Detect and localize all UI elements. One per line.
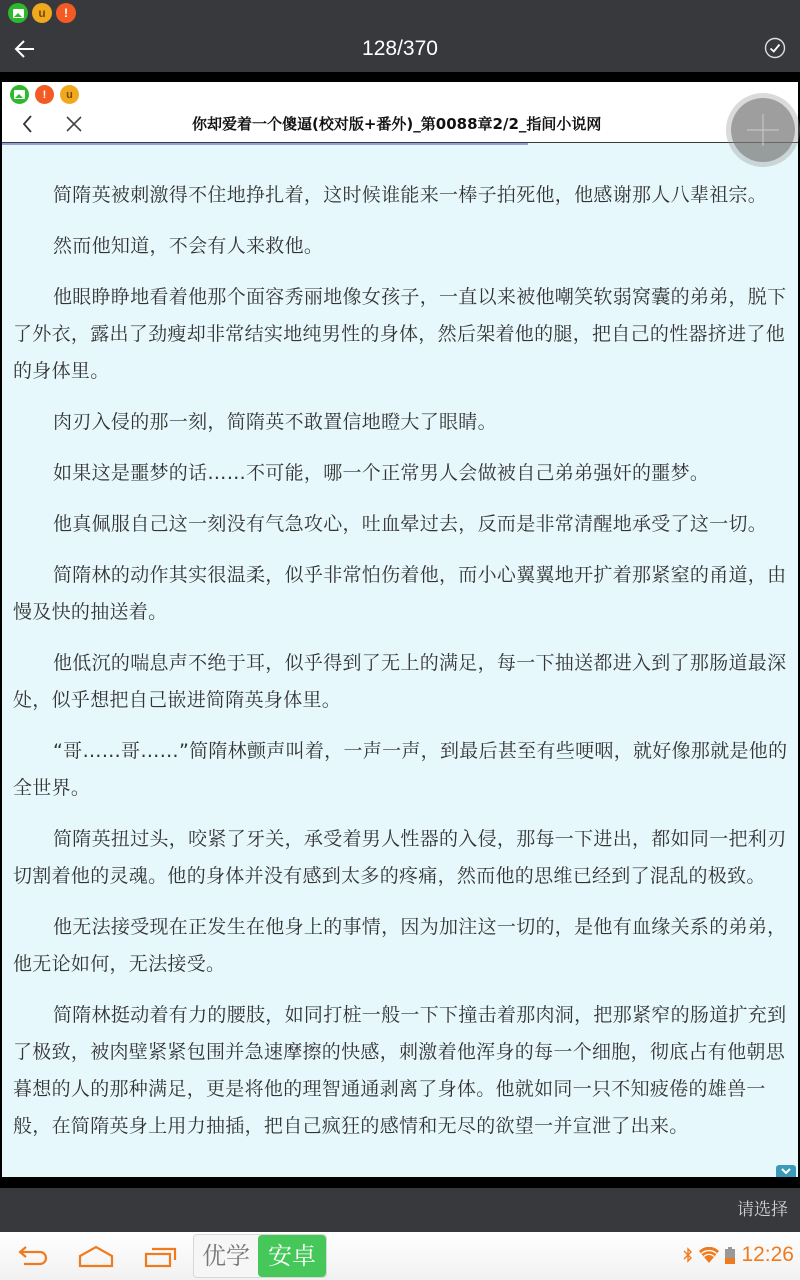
paragraph: 他无法接受现在正发生在他身上的事情，因为加注这一切的，是他有血缘关系的弟弟，他无… xyxy=(13,909,788,983)
brand-left-label: 优学 xyxy=(194,1235,258,1277)
alert-icon: ! xyxy=(35,85,54,104)
bottom-action-bar: 请选择 xyxy=(0,1188,800,1232)
home-icon[interactable] xyxy=(76,1242,116,1272)
uc-browser-icon: u xyxy=(60,85,79,104)
app-bar: u ! 128/370 xyxy=(0,0,800,72)
browser-header: ! u 你却爱着一个傻逼(校对版+番外)_第0088章2/2_指间小说网 xyxy=(2,82,798,143)
back-icon[interactable] xyxy=(12,1242,52,1272)
close-icon[interactable] xyxy=(62,112,86,136)
page-load-progress xyxy=(2,143,528,145)
novel-content: 简隋英被刺激得不住地挣扎着，这时候谁能来一棒子拍死他，他感谢那人八辈祖宗。 然而… xyxy=(2,126,798,1159)
web-page-title: 你却爱着一个傻逼(校对版+番外)_第0088章2/2_指间小说网 xyxy=(192,113,601,135)
notification-icons: u ! xyxy=(8,3,76,23)
paragraph: 然而他知道，不会有人来救他。 xyxy=(13,228,788,265)
plus-fab-button[interactable] xyxy=(731,98,795,162)
paragraph: 肉刃入侵的那一刻，简隋英不敢置信地瞪大了眼睛。 xyxy=(13,404,788,441)
scroll-down-button[interactable] xyxy=(776,1165,796,1177)
system-nav-bar: 优学 安卓 12:26 xyxy=(0,1232,800,1280)
battery-icon xyxy=(725,1247,735,1264)
brand-badge[interactable]: 优学 安卓 xyxy=(193,1234,327,1278)
gallery-icon xyxy=(10,85,29,104)
alert-icon: ! xyxy=(56,3,76,23)
chevron-left-icon[interactable] xyxy=(16,112,40,136)
paragraph: 他真佩服自己这一刻没有气急攻心，吐血晕过去，反而是非常清醒地承受了这一切。 xyxy=(13,506,788,543)
page-counter: 128/370 xyxy=(0,34,800,64)
paragraph: 他低沉的喘息声不绝于耳，似乎得到了无上的满足，每一下抽送都进入到了那肠道最深处，… xyxy=(13,645,788,719)
mini-notification-icons: ! u xyxy=(10,85,79,104)
check-circle-icon[interactable] xyxy=(764,37,786,59)
paragraph: 简隋英扭过头，咬紧了牙关，承受着男人性器的入侵，那每一下进出，都如同一把利刃切割… xyxy=(13,821,788,895)
paragraph: 简隋林挺动着有力的腰肢，如同打桩一般一下下撞击着那肉洞，把那紧窄的肠道扩充到了极… xyxy=(13,997,788,1145)
clock: 12:26 xyxy=(741,1240,794,1270)
uc-browser-icon: u xyxy=(32,3,52,23)
chevron-down-icon xyxy=(781,1167,791,1175)
paragraph: 简隋林的动作其实很温柔，似乎非常怕伤着他，而小心翼翼地开扩着那紧窒的甬道，由慢及… xyxy=(13,557,788,631)
system-status: 12:26 xyxy=(683,1240,794,1270)
paragraph: 他眼睁睁地看着他那个面容秀丽地像女孩子，一直以来被他嘲笑软弱窝囊的弟弟，脱下了外… xyxy=(13,279,788,390)
wifi-icon xyxy=(699,1247,719,1263)
paragraph: 如果这是噩梦的话……不可能，哪一个正常男人会做被自己弟弟强奸的噩梦。 xyxy=(13,455,788,492)
select-button[interactable]: 请选择 xyxy=(737,1198,788,1222)
screenshot-frame: ! u 你却爱着一个傻逼(校对版+番外)_第0088章2/2_指间小说网 简隋英… xyxy=(2,82,798,1177)
recents-icon[interactable] xyxy=(140,1242,180,1272)
brand-right-label: 安卓 xyxy=(258,1235,326,1277)
gallery-icon xyxy=(8,3,28,23)
bluetooth-icon xyxy=(683,1247,693,1263)
paragraph: 简隋英被刺激得不住地挣扎着，这时候谁能来一棒子拍死他，他感谢那人八辈祖宗。 xyxy=(13,177,788,214)
paragraph: “哥……哥……”简隋林颤声叫着，一声一声，到最后甚至有些哽咽，就好像那就是他的全… xyxy=(13,733,788,807)
